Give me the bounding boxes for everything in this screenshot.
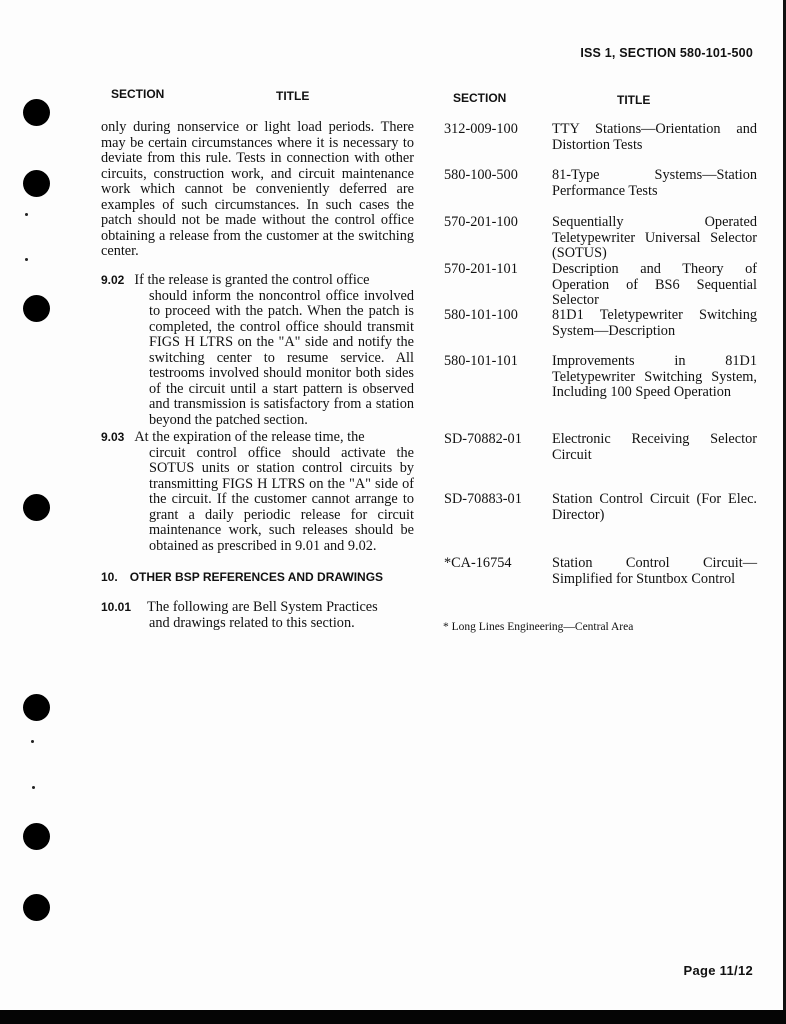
reference-title: 81-Type Systems—Station Performance Test…	[552, 168, 757, 199]
paragraph-first-line: If the release is granted the control of…	[134, 272, 369, 288]
punch-hole	[23, 823, 50, 850]
paragraph-first-line: The following are Bell System Practices	[147, 599, 378, 615]
reference-title: Station Control Circuit—Simplified for S…	[552, 556, 757, 587]
reference-title: Description and Theory of Operation of B…	[552, 262, 757, 309]
paragraph-body: should inform the noncontrol office invo…	[101, 289, 414, 429]
footnote: * Long Lines Engineering—Central Area	[443, 621, 633, 633]
punch-hole	[23, 694, 50, 721]
section-number: 10.	[101, 570, 118, 584]
left-section-header: SECTION	[111, 87, 164, 101]
punch-hole	[23, 295, 50, 322]
page-number: Page 11/12	[684, 963, 754, 978]
scan-speck	[32, 786, 35, 789]
paragraph-9-02: 9.02If the release is granted the contro…	[101, 273, 414, 428]
reference-title: Electronic Receiving Selector Circuit	[552, 432, 757, 463]
section-heading-10: 10.OTHER BSP REFERENCES AND DRAWINGS	[101, 570, 383, 584]
reference-section-code: SD-70882-01	[444, 432, 549, 448]
paragraph-body: and drawings related to this section.	[101, 616, 414, 632]
reference-section-code: SD-70883-01	[444, 492, 549, 508]
paragraph-9-03: 9.03At the expiration of the release tim…	[101, 430, 414, 554]
paragraph-first-line: At the expiration of the release time, t…	[134, 429, 364, 445]
reference-title: TTY Stations—Orientation and Distortion …	[552, 122, 757, 153]
reference-section-code: *CA-16754	[444, 556, 549, 572]
paragraph-10-01: 10.01The following are Bell System Pract…	[101, 600, 414, 631]
paragraph-number: 9.03	[101, 430, 124, 444]
reference-section-code: 580-101-101	[444, 354, 549, 370]
reference-section-code: 312-009-100	[444, 122, 549, 138]
punch-hole	[23, 894, 50, 921]
punch-hole	[23, 494, 50, 521]
paragraph-number: 9.02	[101, 273, 124, 287]
left-title-header: TITLE	[276, 89, 309, 103]
right-title-header: TITLE	[617, 93, 650, 107]
scan-speck	[25, 213, 28, 216]
right-section-header: SECTION	[453, 91, 506, 105]
reference-section-code: 570-201-101	[444, 262, 549, 278]
running-head: ISS 1, SECTION 580-101-500	[580, 46, 753, 60]
paragraph-body: circuit control office should activate t…	[101, 446, 414, 555]
paragraph-number: 10.01	[101, 600, 131, 614]
reference-title: Sequentially Operated Teletypewriter Uni…	[552, 215, 757, 262]
continuation-paragraph: only during nonservice or light load per…	[101, 120, 414, 260]
section-title: OTHER BSP REFERENCES AND DRAWINGS	[130, 570, 383, 584]
reference-title: Station Control Circuit (For Elec. Direc…	[552, 492, 757, 523]
scan-border	[0, 1010, 786, 1024]
scan-speck	[31, 740, 34, 743]
reference-section-code: 570-201-100	[444, 215, 549, 231]
reference-section-code: 580-101-100	[444, 308, 549, 324]
reference-title: Improvements in 81D1 Teletypewriter Swit…	[552, 354, 757, 401]
reference-title: 81D1 Teletypewriter Switching System—Des…	[552, 308, 757, 339]
punch-hole	[23, 99, 50, 126]
punch-hole	[23, 170, 50, 197]
scan-speck	[25, 258, 28, 261]
reference-section-code: 580-100-500	[444, 168, 549, 184]
